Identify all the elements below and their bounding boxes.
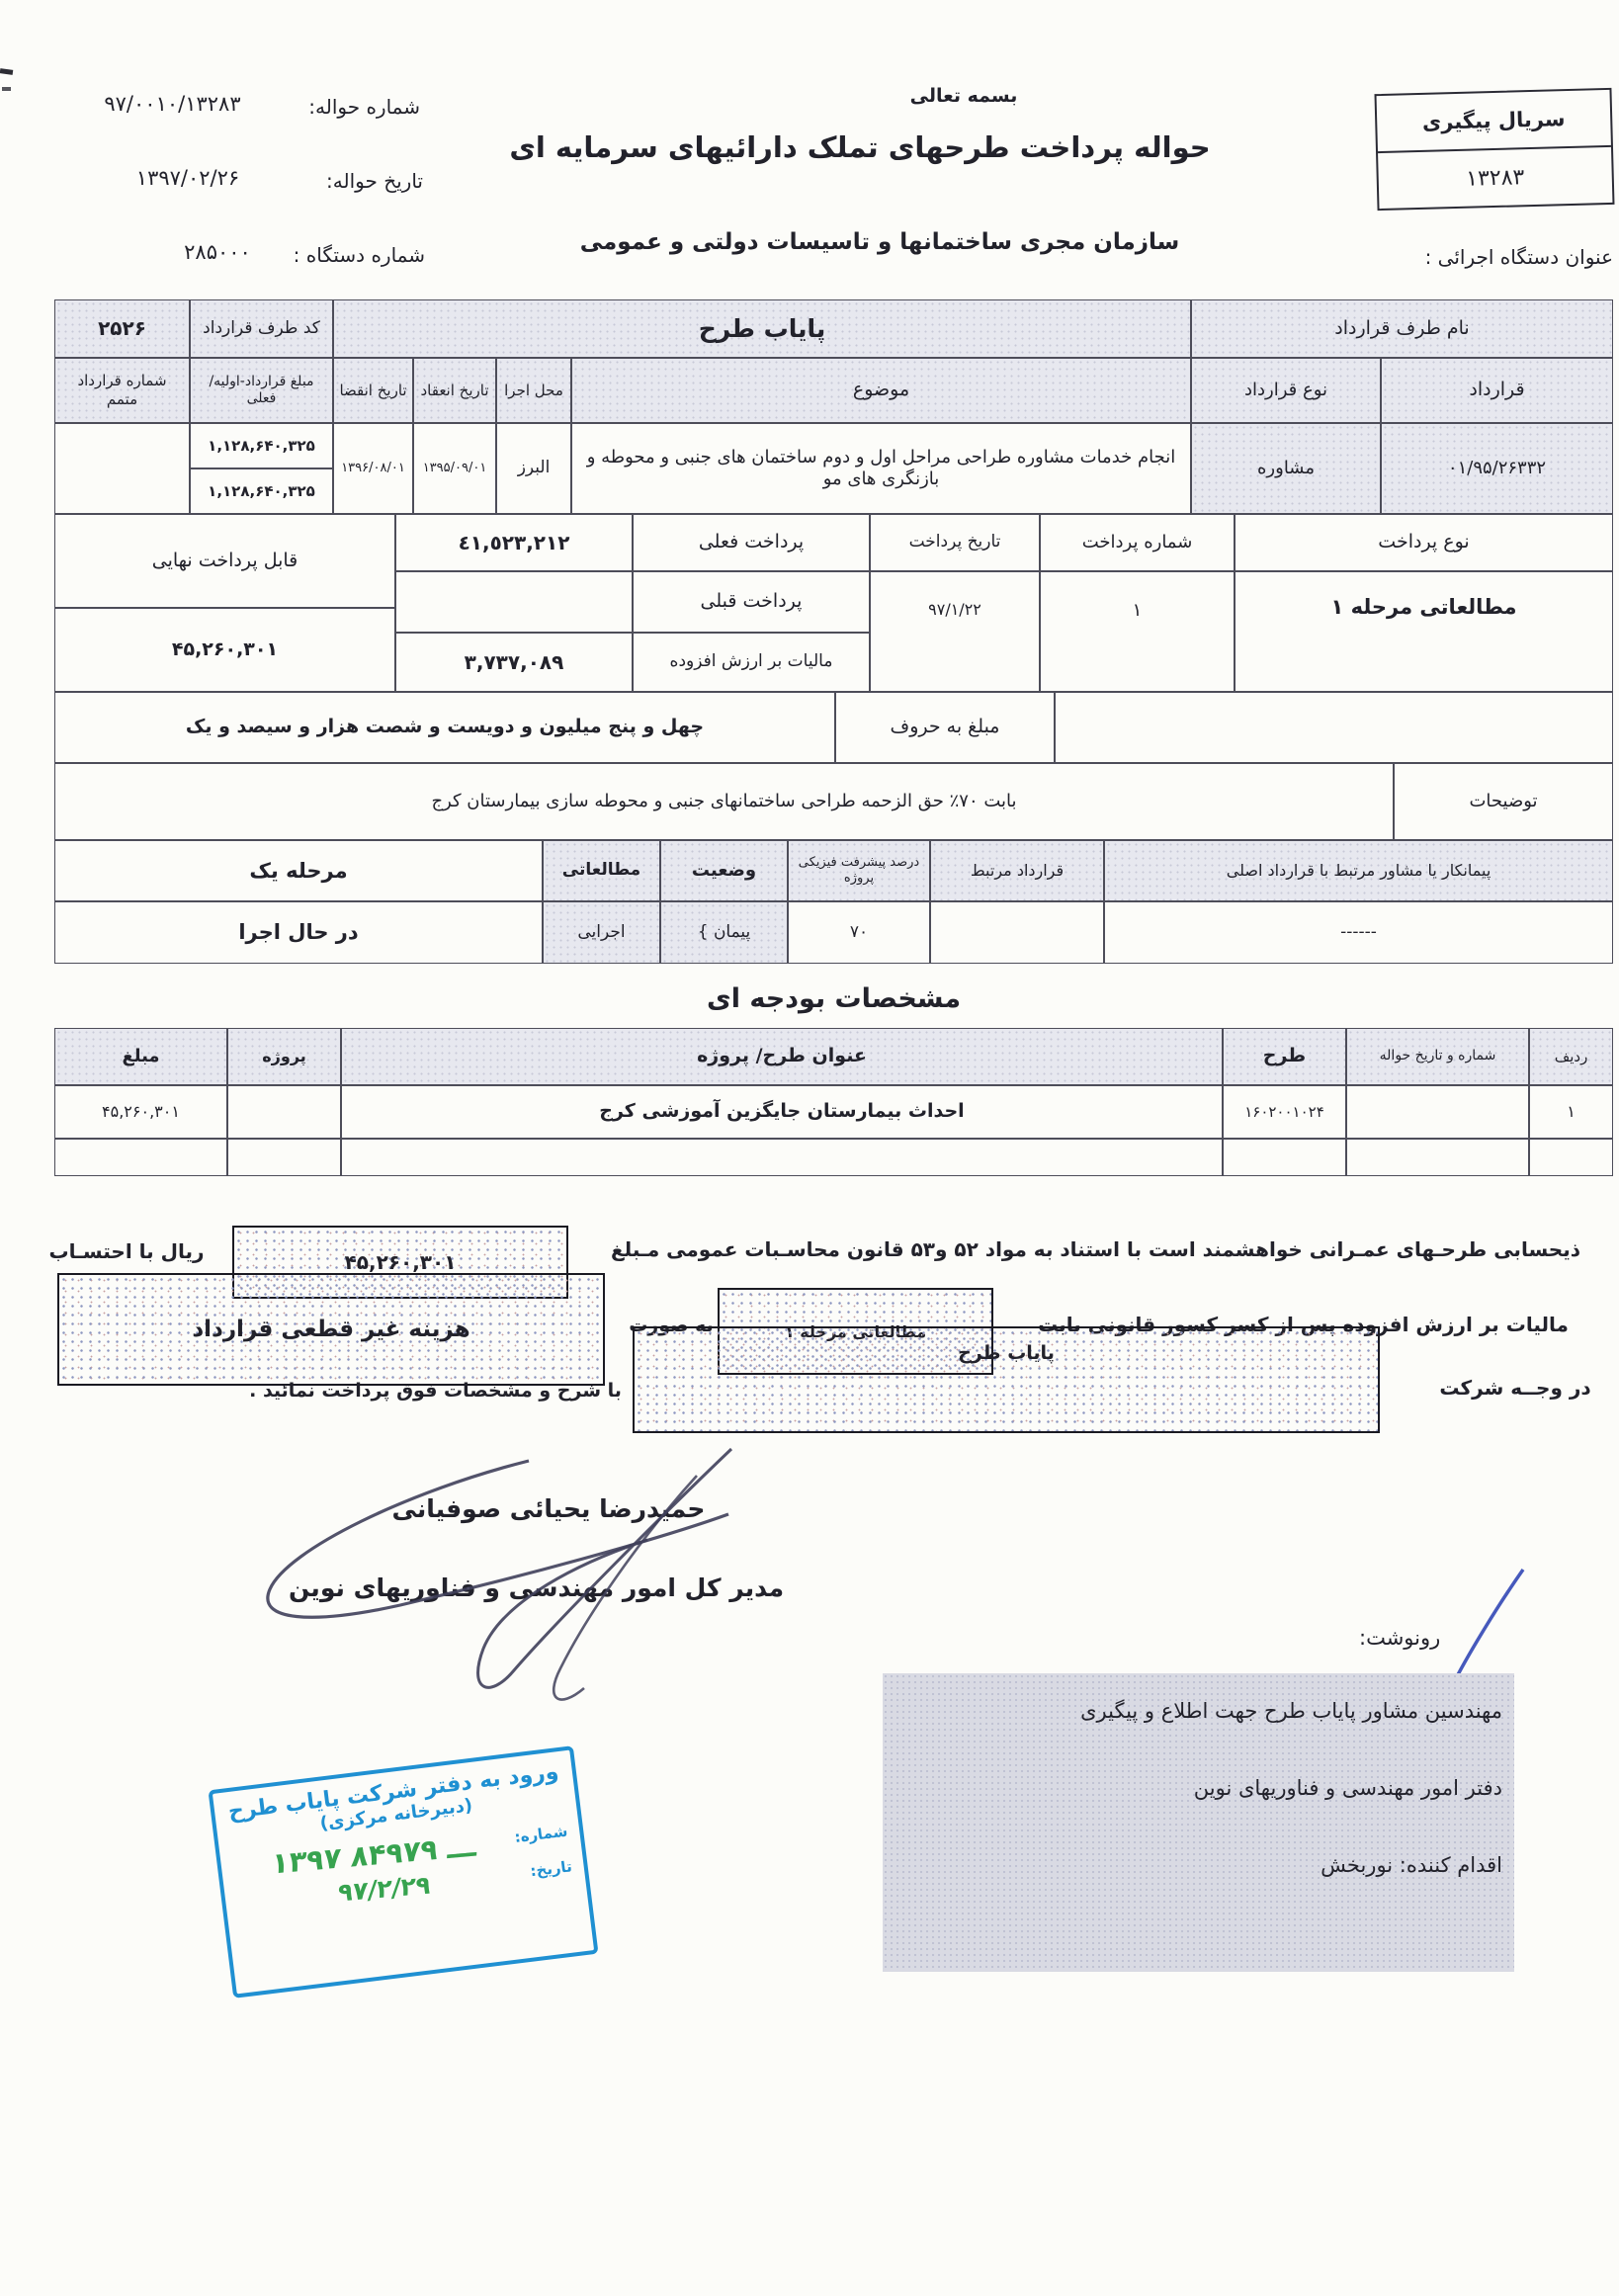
budget-header-row: ردیف	[1529, 1028, 1613, 1085]
phase-value: در حال اجرا	[54, 901, 543, 964]
subject-value: انجام خدمات مشاوره طراحی مراحل اول و دوم…	[571, 423, 1191, 514]
location-value: البرز	[496, 423, 571, 514]
budget-row-ref	[1346, 1085, 1529, 1139]
contractor-label: پیمانکار یا مشاور مرتبط با قرارداد اصلی	[1104, 840, 1613, 901]
current-payment-value: ٤١,٥٢٣,٢١٢	[395, 514, 633, 571]
page-title: حواله پرداخت طرحهای تملک دارائیهای سرمای…	[465, 130, 1255, 165]
ref-date-value: ۱۳۹۷/۰۲/۲۶	[94, 166, 282, 191]
amount-words-value: چهل و پنج میلیون و دویست و شصت هزار و سی…	[54, 692, 835, 763]
state-value: پیمان }	[660, 901, 788, 964]
order-line3-tail: با شرح و مشخصات فوق پرداخت نمائید .	[240, 1380, 631, 1403]
progress-value: ۷۰	[788, 901, 930, 964]
cc-item: اقدام کننده: نوربخش	[893, 1853, 1502, 1877]
stamp-date-label: تاریخ:	[529, 1857, 572, 1880]
study-value: اجرایی	[543, 901, 660, 964]
ref-date-label: تاریخ حواله:	[295, 169, 423, 193]
final-payable-value: ۴۵,۲۶۰,۳۰۱	[54, 608, 395, 692]
order-payee-value: پایاب طرح	[958, 1342, 1055, 1364]
sign-date-value: ۱۳۹۵/۰۹/۰۱	[413, 423, 496, 514]
amount-words-label: مبلغ به حروف	[835, 692, 1055, 763]
cc-item: دفتر امور مهندسی و فناوریهای نوین	[893, 1776, 1502, 1800]
budget-header-ref: شماره و تاریخ حواله	[1346, 1028, 1529, 1085]
office-entry-stamp: ورود به دفتر شرکت پایاب طرح (دبیرخانه مر…	[208, 1745, 598, 1998]
previous-payment-value	[395, 571, 633, 633]
ref-no-label: شماره حواله:	[292, 95, 420, 119]
party-code-value: ۲۵۲۶	[54, 299, 190, 358]
supplement-value-cell	[54, 423, 190, 514]
cc-list-box: مهندسین مشاور پایاب طرح جهت اطلاع و پیگی…	[883, 1673, 1514, 1972]
party-name-value: پایاب طرح	[333, 299, 1191, 358]
vat-value: ۳,۷۳۷,۰۸۹	[395, 633, 633, 692]
payment-no-value: ۱	[1040, 571, 1235, 692]
contractor-value: ------	[1104, 901, 1613, 964]
scanned-payment-order-document: شماره حواله: ۹۷/۰۰۱۰/۱۳۲۸۳ تاریخ حواله: …	[0, 0, 1619, 2296]
budget-empty-cell	[1529, 1139, 1613, 1176]
budget-empty-cell	[227, 1139, 341, 1176]
phase-label: مرحله یک	[54, 840, 543, 901]
budget-header-amount: مبلغ	[54, 1028, 227, 1085]
scan-artifact	[0, 68, 13, 75]
order-line3-text: در وجــه شرکت	[1417, 1376, 1613, 1400]
contract-no-value: ۰۱/۹۵/۲۶۳۳۲	[1381, 423, 1613, 514]
agency-label: عنوان دستگاه اجرائی :	[1374, 245, 1613, 269]
study-label: مطالعاتی	[543, 840, 660, 901]
scan-artifact	[2, 87, 11, 91]
sign-date-label: تاریخ انعقاد	[413, 358, 496, 423]
expire-date-label: تاریخ انقضا	[333, 358, 413, 423]
contract-type-label: نوع قرارداد	[1191, 358, 1381, 423]
amount-initial: ۱,۱۲۸,۶۴۰,۳۲۵	[190, 423, 333, 468]
expire-date-value: ۱۳۹۶/۰۸/۰۱	[333, 423, 413, 514]
order-amount-value: ۴۵,۲۶۰,۳۰۱	[345, 1250, 457, 1274]
budget-empty-cell	[54, 1139, 227, 1176]
current-payment-label: پرداخت فعلی	[633, 514, 870, 571]
budget-empty-cell	[341, 1139, 1223, 1176]
payment-type-value: مطالعاتی مرحله ۱	[1235, 571, 1613, 692]
related-contract-label: قرارداد مرتبط	[930, 840, 1104, 901]
budget-empty-cell	[1346, 1139, 1529, 1176]
final-payable-label: قابل پرداخت نهایی	[54, 514, 395, 608]
contract-type-value: مشاوره	[1191, 423, 1381, 514]
contract-label: قرارداد	[1381, 358, 1613, 423]
budget-header-project: پروژه	[227, 1028, 341, 1085]
serial-tracking-box: سریال پیگیری ۱۳۲۸۳	[1374, 88, 1614, 211]
subject-label: موضوع	[571, 358, 1191, 423]
budget-title: مشخصات بودجه ای	[54, 983, 1613, 1015]
serial-value: ۱۳۲۸۳	[1378, 147, 1612, 209]
org-name: سازمان مجری ساختمانها و تاسیسات دولتی و …	[544, 229, 1216, 257]
state-label: وضعیت	[660, 840, 788, 901]
budget-header-name: عنوان طرح/ پروژه	[341, 1028, 1223, 1085]
payment-type-label: نوع پرداخت	[1235, 514, 1613, 571]
order-expense-type-box: هزینه غیر قطعی قرارداد	[57, 1273, 605, 1386]
budget-header-plan: طرح	[1223, 1028, 1346, 1085]
budget-row-name: احداث بیمارستان جایگزین آموزشی کرج	[341, 1085, 1223, 1139]
besmeleh: بسمه تعالی	[865, 85, 1063, 108]
progress-label: درصد پیشرفت فیزیکی پروژه	[788, 840, 930, 901]
notes-value: بابت ۷۰٪ حق الزحمه طراحی ساختمانهای جنبی…	[54, 763, 1394, 840]
device-no-value: ۲۸۵۰۰۰	[138, 240, 297, 265]
budget-empty-cell	[1223, 1139, 1346, 1176]
amount-current: ۱,۱۲۸,۶۴۰,۳۲۵	[190, 468, 333, 514]
notes-label: توضیحات	[1394, 763, 1613, 840]
order-line1-text: ذیحسابی طرحـهای عمـرانی خواهشمند است با …	[578, 1237, 1613, 1261]
order-line1-tail: ریال با احتسـاب	[28, 1239, 225, 1263]
serial-label: سریال پیگیری	[1377, 90, 1611, 153]
supplement-label: شماره قرارداد متمم	[54, 358, 190, 423]
cc-item: مهندسین مشاور پایاب طرح جهت اطلاع و پیگی…	[893, 1699, 1502, 1723]
budget-row-plan: ۱۶۰۲۰۰۱۰۲۴	[1223, 1085, 1346, 1139]
contract-amount-label: مبلغ قرارداد-اولیه/فعلی	[190, 358, 333, 423]
budget-row-project	[227, 1085, 341, 1139]
device-no-label: شماره دستگاه :	[282, 243, 425, 267]
budget-row-amount: ۴۵,۲۶۰,۳۰۱	[54, 1085, 227, 1139]
order-expense-type-value: هزینه غیر قطعی قرارداد	[192, 1317, 469, 1342]
related-contract-value	[930, 901, 1104, 964]
budget-row-index: ۱	[1529, 1085, 1613, 1139]
payment-date-label: تاریخ پرداخت	[870, 514, 1040, 571]
payment-no-label: شماره پرداخت	[1040, 514, 1235, 571]
handwritten-signature	[232, 1421, 806, 1708]
stamp-no-label: شماره:	[514, 1823, 569, 1846]
amount-words-empty-cell	[1055, 692, 1613, 763]
party-name-label: نام طرف قرارداد	[1191, 299, 1613, 358]
vat-label: مالیات بر ارزش افزوده	[633, 633, 870, 692]
previous-payment-label: پرداخت قبلی	[633, 571, 870, 633]
ref-no-value: ۹۷/۰۰۱۰/۱۳۲۸۳	[61, 92, 284, 117]
order-payee-box: پایاب طرح	[633, 1326, 1380, 1433]
payment-date-value: ۹۷/۱/۲۲	[870, 571, 1040, 692]
party-code-label: کد طرف قرارداد	[190, 299, 333, 358]
location-label: محل اجرا	[496, 358, 571, 423]
